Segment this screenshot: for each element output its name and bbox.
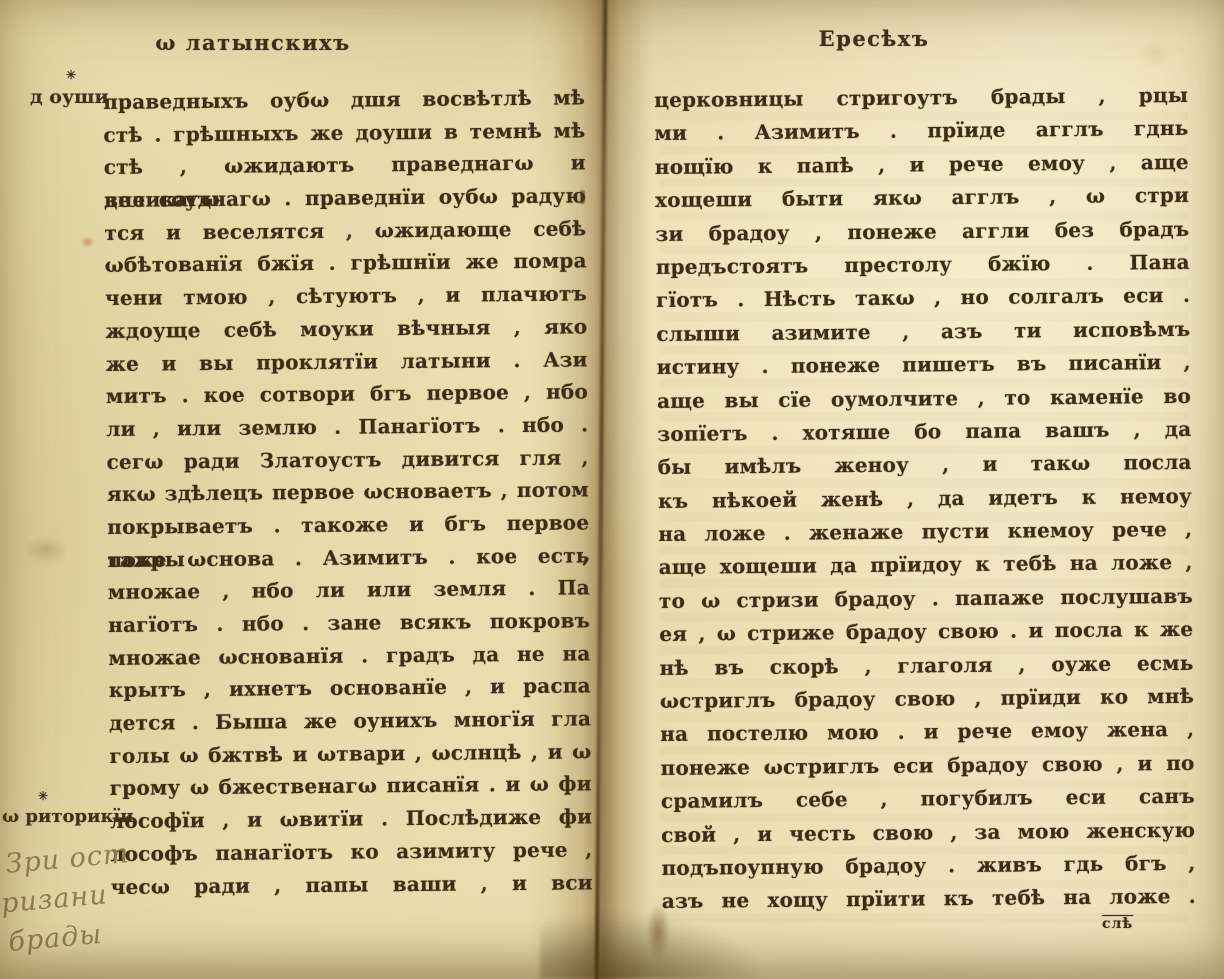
text-line: нощїю к папѣ , и рече емоу , аще	[655, 146, 1189, 185]
text-line: предъстоятъ престолу бжїю . Пана	[656, 246, 1190, 285]
text-line: на постелю мою . и рече емоу жена ,	[660, 713, 1194, 752]
text-line: зи брадоу , понеже аггли без брадъ	[655, 212, 1189, 251]
paper-smudge	[24, 536, 68, 564]
text-line: покрываетъ . такоже и бгъ первое покры ,	[107, 506, 589, 543]
text-line: чесω ради , папы ваши , и вси	[111, 866, 593, 903]
text-line: бы имѣлъ женоу , и такω посла	[658, 446, 1192, 485]
left-page-header: ω латынскихъ	[103, 30, 403, 55]
text-line: хощеши быти якω агглъ , ω стри	[655, 179, 1189, 218]
text-line: митъ . кое сотвори бгъ первое , нбо	[106, 376, 588, 413]
margin-note-rhetoric: ω риторикїи	[2, 806, 134, 827]
text-line: слыши азимите , азъ ти исповѣмъ	[656, 313, 1190, 352]
book-scan: ω латынскихъ праведныхъ оубω дшя восвѣтл…	[0, 0, 1224, 979]
text-line: чени тмою , сѣтуютъ , и плачютъ	[105, 277, 587, 314]
text-line: дется . Быша же оунихъ многїя гла	[109, 702, 591, 739]
text-line: множае ωснованїя . градъ да не на	[108, 637, 590, 674]
text-line: къ нѣкоей женѣ , да идетъ к немоу	[658, 480, 1192, 519]
text-line: же и вы проклятїи латыни . Ази	[106, 343, 588, 380]
text-line: ли , или землю . Панагїотъ . нбо .	[106, 408, 588, 445]
text-line: стѣ , ωжидаютъ праведнагω и великагω	[104, 147, 586, 184]
text-line: ми . Азимитъ . прїиде агглъ гднь	[654, 112, 1188, 151]
text-line: церковницы стригоутъ брады , рцы	[654, 79, 1188, 118]
margin-star-icon: ✳	[66, 68, 76, 82]
text-line: множае , нбо ли или земля . Па	[108, 572, 590, 609]
text-line: аще хощеши да прїидоу к тебѣ на ложе ,	[658, 546, 1192, 585]
text-line: сегω ради Златоустъ дивится гля ,	[106, 441, 588, 478]
text-line: понеже ωстриглъ еси брадоу свою , и по	[660, 747, 1194, 786]
right-page-text: церковницы стригоутъ брады , рцыми . Ази…	[654, 79, 1196, 919]
text-line: зопїетъ . хотяше бо папа вашъ , да	[657, 413, 1191, 452]
text-line: на ложе . женаже пусти кнемоу рече ,	[658, 513, 1192, 552]
text-line: свой , и честь свою , за мою женскую	[661, 813, 1195, 852]
margin-star-icon: ✳	[38, 789, 48, 803]
left-page-text: праведныхъ оубω дшя восвѣтлѣ мѣстѣ . грѣ…	[103, 81, 593, 903]
binding-fold-line	[595, 0, 608, 979]
text-line: срамилъ себе , погубилъ еси санъ	[661, 780, 1195, 819]
text-line: стѣ . грѣшныхъ же доуши в темнѣ мѣ	[103, 114, 585, 151]
handwritten-marginalia: Зри остризанибрады	[4, 834, 138, 961]
text-line: тся и веселятся , ωжидающе себѣ	[104, 212, 586, 249]
text-line: истину . понеже пишетъ въ писанїи ,	[657, 346, 1191, 385]
text-line: голы ω бжтвѣ и ωтвари , ωслнцѣ , и ω	[109, 735, 591, 772]
text-line: лософїи , и ωвитїи . Послѣдиже фи	[110, 800, 592, 837]
text-line: ея , ω стриже брадоу свою . и посла к же	[659, 613, 1193, 652]
text-line: якω здѣлецъ первое ωсноваетъ , потом	[107, 474, 589, 511]
text-line: крытъ , ихнетъ основанїе , и распа	[109, 670, 591, 707]
text-line: ждоуще себѣ моуки вѣчныя , яко	[105, 310, 587, 347]
text-line: таже ωснова . Азимитъ . кое есть	[107, 539, 589, 576]
text-line: праведныхъ оубω дшя восвѣтлѣ мѣ	[103, 81, 585, 118]
text-line: нѣ въ скорѣ , глаголя , оуже есмь	[659, 646, 1193, 685]
gutter-bottom-shadow	[540, 909, 770, 979]
text-line: ωбѣтованїя бжїя . грѣшнїи же помра	[105, 245, 587, 282]
text-line: аще вы сїе оумолчите , то каменїе во	[657, 379, 1191, 418]
text-line: дне соуднагω . праведнїи оубω радую	[104, 179, 586, 216]
right-page-header: Ересѣхъ	[654, 26, 1094, 51]
paper-foxing	[1138, 40, 1172, 66]
text-line: гїотъ . Нѣсть такω , но солгалъ еси .	[656, 279, 1190, 318]
catchword: слѣ	[1102, 916, 1133, 932]
text-line: лософъ панагїотъ ко азимиту рече ,	[110, 833, 592, 870]
text-line: то ω стризи брадоу . папаже послушавъ	[659, 580, 1193, 619]
text-line: нагїотъ . нбо . зане всякъ покровъ	[108, 604, 590, 641]
text-line: грому ω бжественагω писанїя . и ω фи	[110, 768, 592, 805]
text-line: ωстриглъ брадоу свою , прїиди ко мнѣ	[660, 680, 1194, 719]
text-line: азъ не хощу прїити къ тебѣ на ложе .	[662, 880, 1196, 919]
paper-stain	[80, 236, 95, 248]
margin-note-souls: д оуши	[30, 86, 109, 108]
text-line: подъпоупную брадоу . живъ гдь бгъ ,	[661, 847, 1195, 886]
